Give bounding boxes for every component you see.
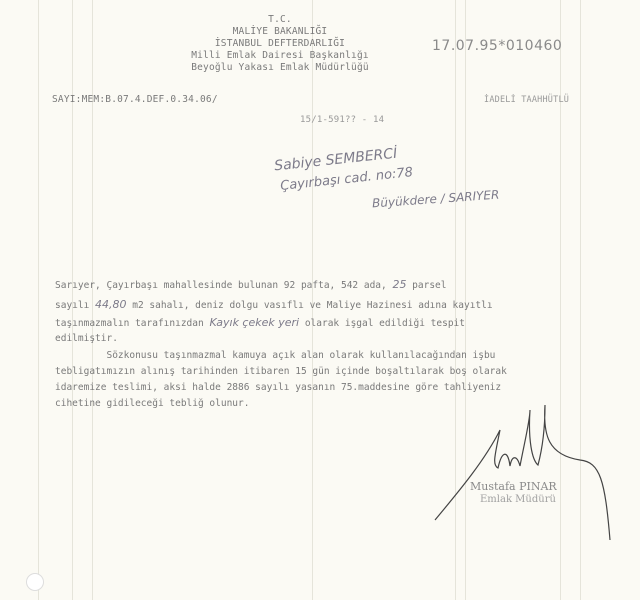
parcel-number: 25 [392, 278, 406, 291]
punch-hole [26, 573, 44, 591]
reference-number: SAYI:MEM:B.07.4.DEF.0.34.06/ [52, 94, 218, 105]
body-p1-line4: edilmiştir. [55, 333, 118, 344]
sub-reference: 15/1-591?? - 14 [300, 115, 384, 125]
signatory-name: Mustafa PINAR [470, 480, 557, 493]
text: m2 sahalı, deniz dolgu vasıflı ve Maliye… [127, 300, 493, 311]
date-stamp: 17.07.95*010460 [432, 38, 562, 54]
body-p2-line1: Sözkonusu taşınmazmal kamuya açık alan o… [55, 350, 495, 361]
text: sayılı [55, 300, 95, 311]
body-p2-line4: cihetine gidileceği tebliğ olunur. [55, 398, 249, 409]
header-tc: T.C. [160, 14, 400, 26]
header-department: Milli Emlak Dairesi Başkanlığı [160, 50, 400, 62]
header-defterdarlik: İSTANBUL DEFTERDARLIĞI [160, 38, 400, 50]
text: parsel [406, 280, 446, 291]
body-p1-line2: sayılı 44,80 m2 sahalı, deniz dolgu vası… [55, 298, 493, 311]
body-p2-line2: tebligatımızın alınış tarihinden itibare… [55, 366, 507, 377]
body-p1-line1: Sarıyer, Çayırbaşı mahallesinde bulunan … [55, 278, 447, 291]
header-directorate: Beyoğlu Yakası Emlak Müdürlüğü [160, 62, 400, 74]
area-value: 44,80 [95, 298, 127, 311]
text: Sarıyer, Çayırbaşı mahallesinde bulunan … [55, 280, 392, 291]
text: olarak işgal edildiği tespit [299, 318, 465, 329]
text: taşınmazmalın tarafınızdan [55, 318, 209, 329]
delivery-type: İADELİ TAAHHÜTLÜ [484, 95, 569, 105]
body-p2-line3: idaremize teslimi, aksi halde 2886 sayıl… [55, 382, 501, 393]
body-p1-line3: taşınmazmalın tarafınızdan Kayık çekek y… [55, 316, 465, 329]
recipient-district: Büyükdere / SARIYER [372, 188, 500, 211]
header-ministry: MALİYE BAKANLIĞI [160, 26, 400, 38]
scanned-letter: T.C. MALİYE BAKANLIĞI İSTANBUL DEFTERDAR… [0, 0, 640, 600]
signatory-title: Emlak Müdürü [480, 494, 556, 505]
usage-type: Kayık çekek yeri [209, 316, 299, 329]
